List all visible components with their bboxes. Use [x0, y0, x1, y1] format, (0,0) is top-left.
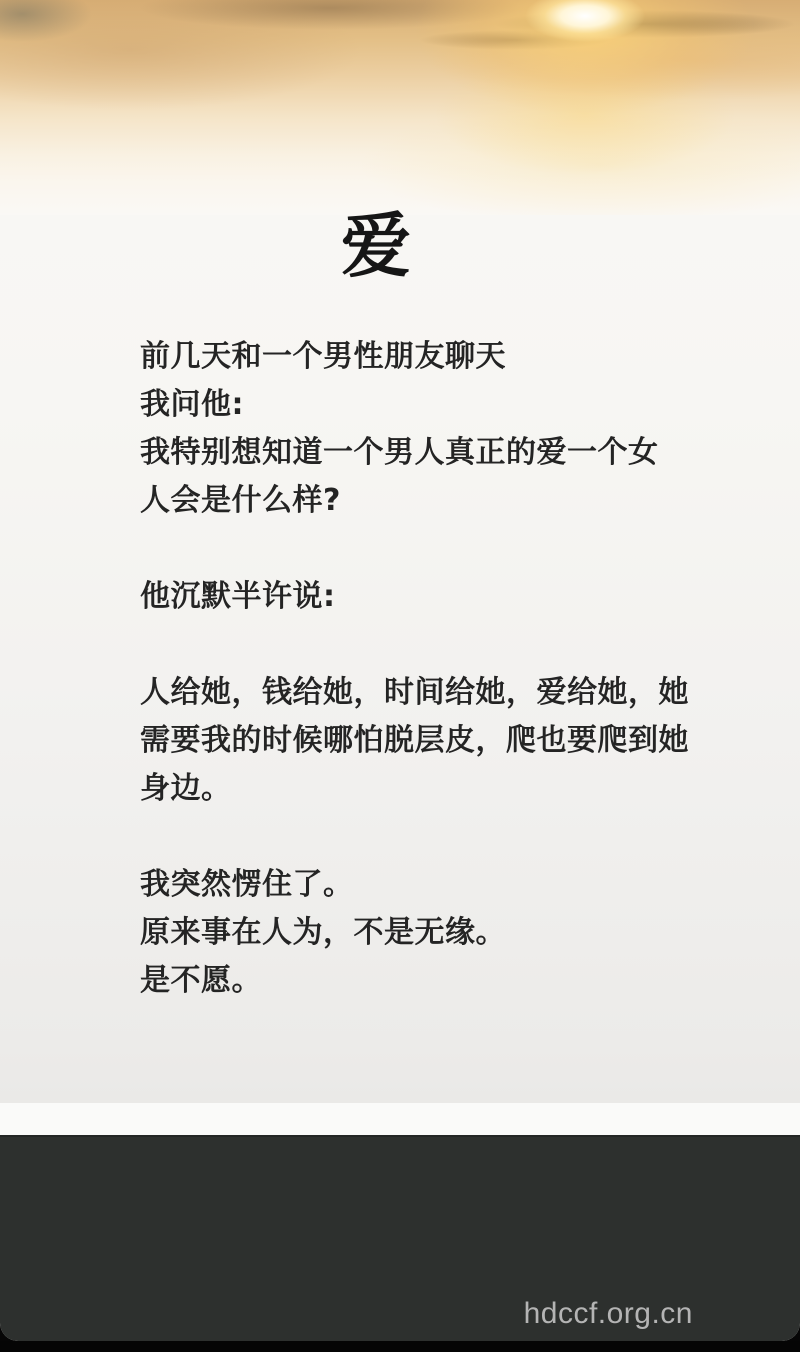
text-line: 我突然愣住了。 [140, 861, 700, 909]
paragraph-2: 他沉默半许说: [140, 573, 700, 621]
watermark-text: hdccf.org.cn [524, 1297, 693, 1331]
paragraph-3: 人给她，钱给她，时间给她，爱给她，她 需要我的时候哪怕脱层皮，爬也要爬到她 身边… [140, 669, 700, 813]
text-line: 我问他: [140, 381, 700, 429]
text-line: 人给她，钱给她，时间给她，爱给她，她 [140, 669, 700, 717]
text-line: 是不愿。 [140, 957, 700, 1005]
body-text: 前几天和一个男性朋友聊天 我问他: 我特别想知道一个男人真正的爱一个女 人会是什… [140, 333, 700, 1053]
bottom-black-strip [0, 1341, 800, 1352]
text-line: 人会是什么样? [140, 477, 700, 525]
image-card: 爱 前几天和一个男性朋友聊天 我问他: 我特别想知道一个男人真正的爱一个女 人会… [0, 0, 800, 1341]
light-strip [0, 1103, 800, 1135]
text-line: 需要我的时候哪怕脱层皮，爬也要爬到她 [140, 717, 700, 765]
text-line: 他沉默半许说: [140, 573, 700, 621]
text-line: 我特别想知道一个男人真正的爱一个女 [140, 429, 700, 477]
footer-panel: hdccf.org.cn [0, 1135, 800, 1341]
text-line: 原来事在人为，不是无缘。 [140, 909, 700, 957]
page-title: 爱 [0, 198, 752, 294]
paragraph-1: 前几天和一个男性朋友聊天 我问他: 我特别想知道一个男人真正的爱一个女 人会是什… [140, 333, 700, 525]
text-line: 前几天和一个男性朋友聊天 [140, 333, 700, 381]
paragraph-4: 我突然愣住了。 原来事在人为，不是无缘。 是不愿。 [140, 861, 700, 1005]
text-line: 身边。 [140, 765, 700, 813]
sunset-sky-photo [0, 0, 800, 215]
page: 爱 前几天和一个男性朋友聊天 我问他: 我特别想知道一个男人真正的爱一个女 人会… [0, 0, 800, 1352]
